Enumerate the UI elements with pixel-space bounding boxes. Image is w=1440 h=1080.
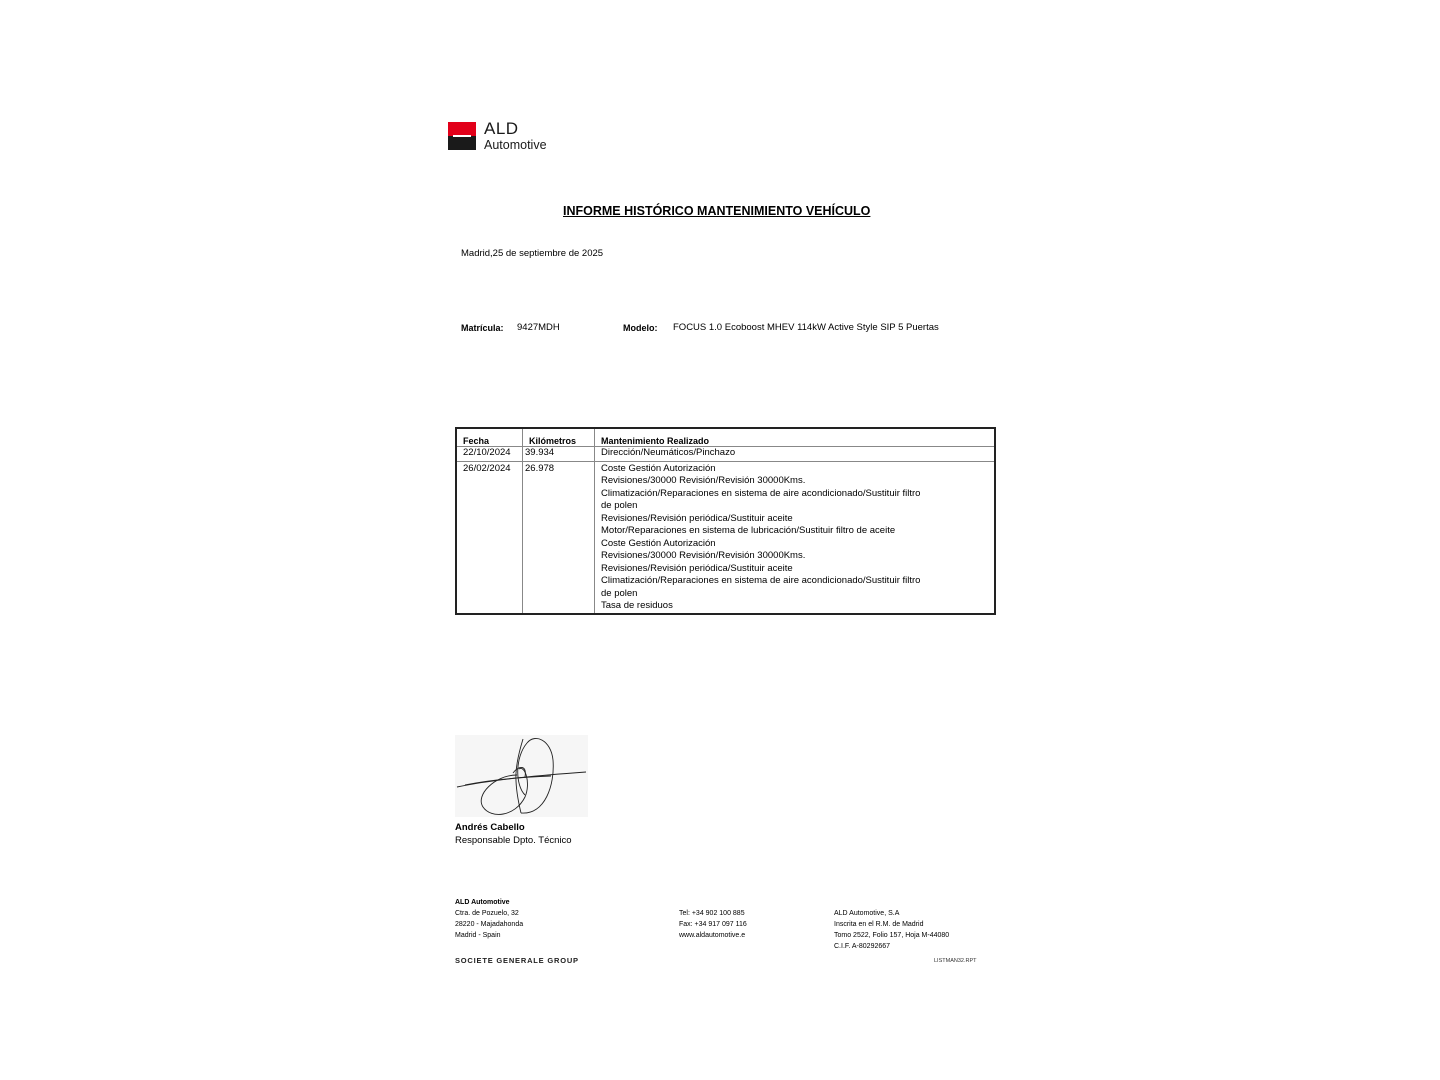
model-label: Modelo:	[623, 323, 658, 333]
footer-legal-line: ALD Automotive, S.A	[834, 908, 949, 919]
report-title: INFORME HISTÓRICO MANTENIMIENTO VEHÍCULO	[563, 204, 870, 218]
table-header-row: Fecha Kilómetros Mantenimiento Realizado	[456, 428, 995, 447]
logo-text-automotive: Automotive	[484, 138, 547, 152]
maintenance-item: Coste Gestión Autorización	[601, 538, 931, 551]
ald-logo-mark	[448, 122, 476, 150]
footer-website[interactable]: www.aldautomotive.e	[679, 930, 747, 941]
footer-address-block: ALD Automotive Ctra. de Pozuelo, 32 2822…	[455, 897, 523, 941]
logo-text-ald: ALD	[484, 119, 519, 139]
maintenance-item: Climatización/Reparaciones en sistema de…	[601, 575, 931, 600]
cell-kilometros: 39.934	[523, 447, 595, 462]
maintenance-item: Revisiones/Revisión periódica/Sustituir …	[601, 563, 931, 576]
header-fecha: Fecha	[456, 428, 523, 447]
footer-legal-block: ALD Automotive, S.A Inscrita en el R.M. …	[834, 908, 949, 952]
signature-image	[455, 735, 588, 817]
header-mantenimiento: Mantenimiento Realizado	[595, 428, 996, 447]
footer-company: ALD Automotive	[455, 897, 523, 908]
cell-fecha: 26/02/2024	[456, 461, 523, 614]
footer-fax: Fax: +34 917 097 116	[679, 919, 747, 930]
maintenance-item: Revisiones/30000 Revisión/Revisión 30000…	[601, 550, 931, 563]
maintenance-item: Dirección/Neumáticos/Pinchazo	[601, 447, 931, 460]
header-kilometros: Kilómetros	[523, 428, 595, 447]
maintenance-table: Fecha Kilómetros Mantenimiento Realizado…	[455, 427, 996, 615]
model-value: FOCUS 1.0 Ecoboost MHEV 114kW Active Sty…	[673, 322, 939, 333]
footer-address-line: Madrid - Spain	[455, 930, 523, 941]
footer-address-line: Ctra. de Pozuelo, 32	[455, 908, 523, 919]
report-date: Madrid,25 de septiembre de 2025	[461, 248, 603, 259]
maintenance-item: Revisiones/30000 Revisión/Revisión 30000…	[601, 475, 931, 488]
report-code: LISTMAN32.RPT	[934, 958, 976, 964]
footer-legal-line: C.I.F. A-80292667	[834, 941, 949, 952]
cell-mantenimiento: Coste Gestión AutorizaciónRevisiones/300…	[595, 461, 996, 614]
maintenance-item: Coste Gestión Autorización	[601, 463, 931, 476]
footer-phone: Tel: +34 902 100 885	[679, 908, 747, 919]
plate-label: Matrícula:	[461, 323, 504, 333]
footer-address-line: 28220 - Majadahonda	[455, 919, 523, 930]
footer-contact-block: Tel: +34 902 100 885 Fax: +34 917 097 11…	[679, 908, 747, 941]
table-row: 22/10/202439.934Dirección/Neumáticos/Pin…	[456, 447, 995, 462]
signer-role: Responsable Dpto. Técnico	[455, 835, 572, 846]
maintenance-item: Climatización/Reparaciones en sistema de…	[601, 488, 931, 513]
cell-fecha: 22/10/2024	[456, 447, 523, 462]
footer-legal-line: Tomo 2522, Folio 157, Hoja M-44080	[834, 930, 949, 941]
table-row: 26/02/202426.978Coste Gestión Autorizaci…	[456, 461, 995, 614]
cell-mantenimiento: Dirección/Neumáticos/Pinchazo	[595, 447, 996, 462]
maintenance-item: Tasa de residuos	[601, 600, 931, 613]
cell-kilometros: 26.978	[523, 461, 595, 614]
societe-generale-group: SOCIETE GENERALE GROUP	[455, 956, 579, 965]
maintenance-item: Motor/Reparaciones en sistema de lubrica…	[601, 525, 931, 538]
footer-legal-line: Inscrita en el R.M. de Madrid	[834, 919, 949, 930]
signer-name: Andrés Cabello	[455, 822, 525, 833]
plate-value: 9427MDH	[517, 322, 560, 333]
maintenance-item: Revisiones/Revisión periódica/Sustituir …	[601, 513, 931, 526]
